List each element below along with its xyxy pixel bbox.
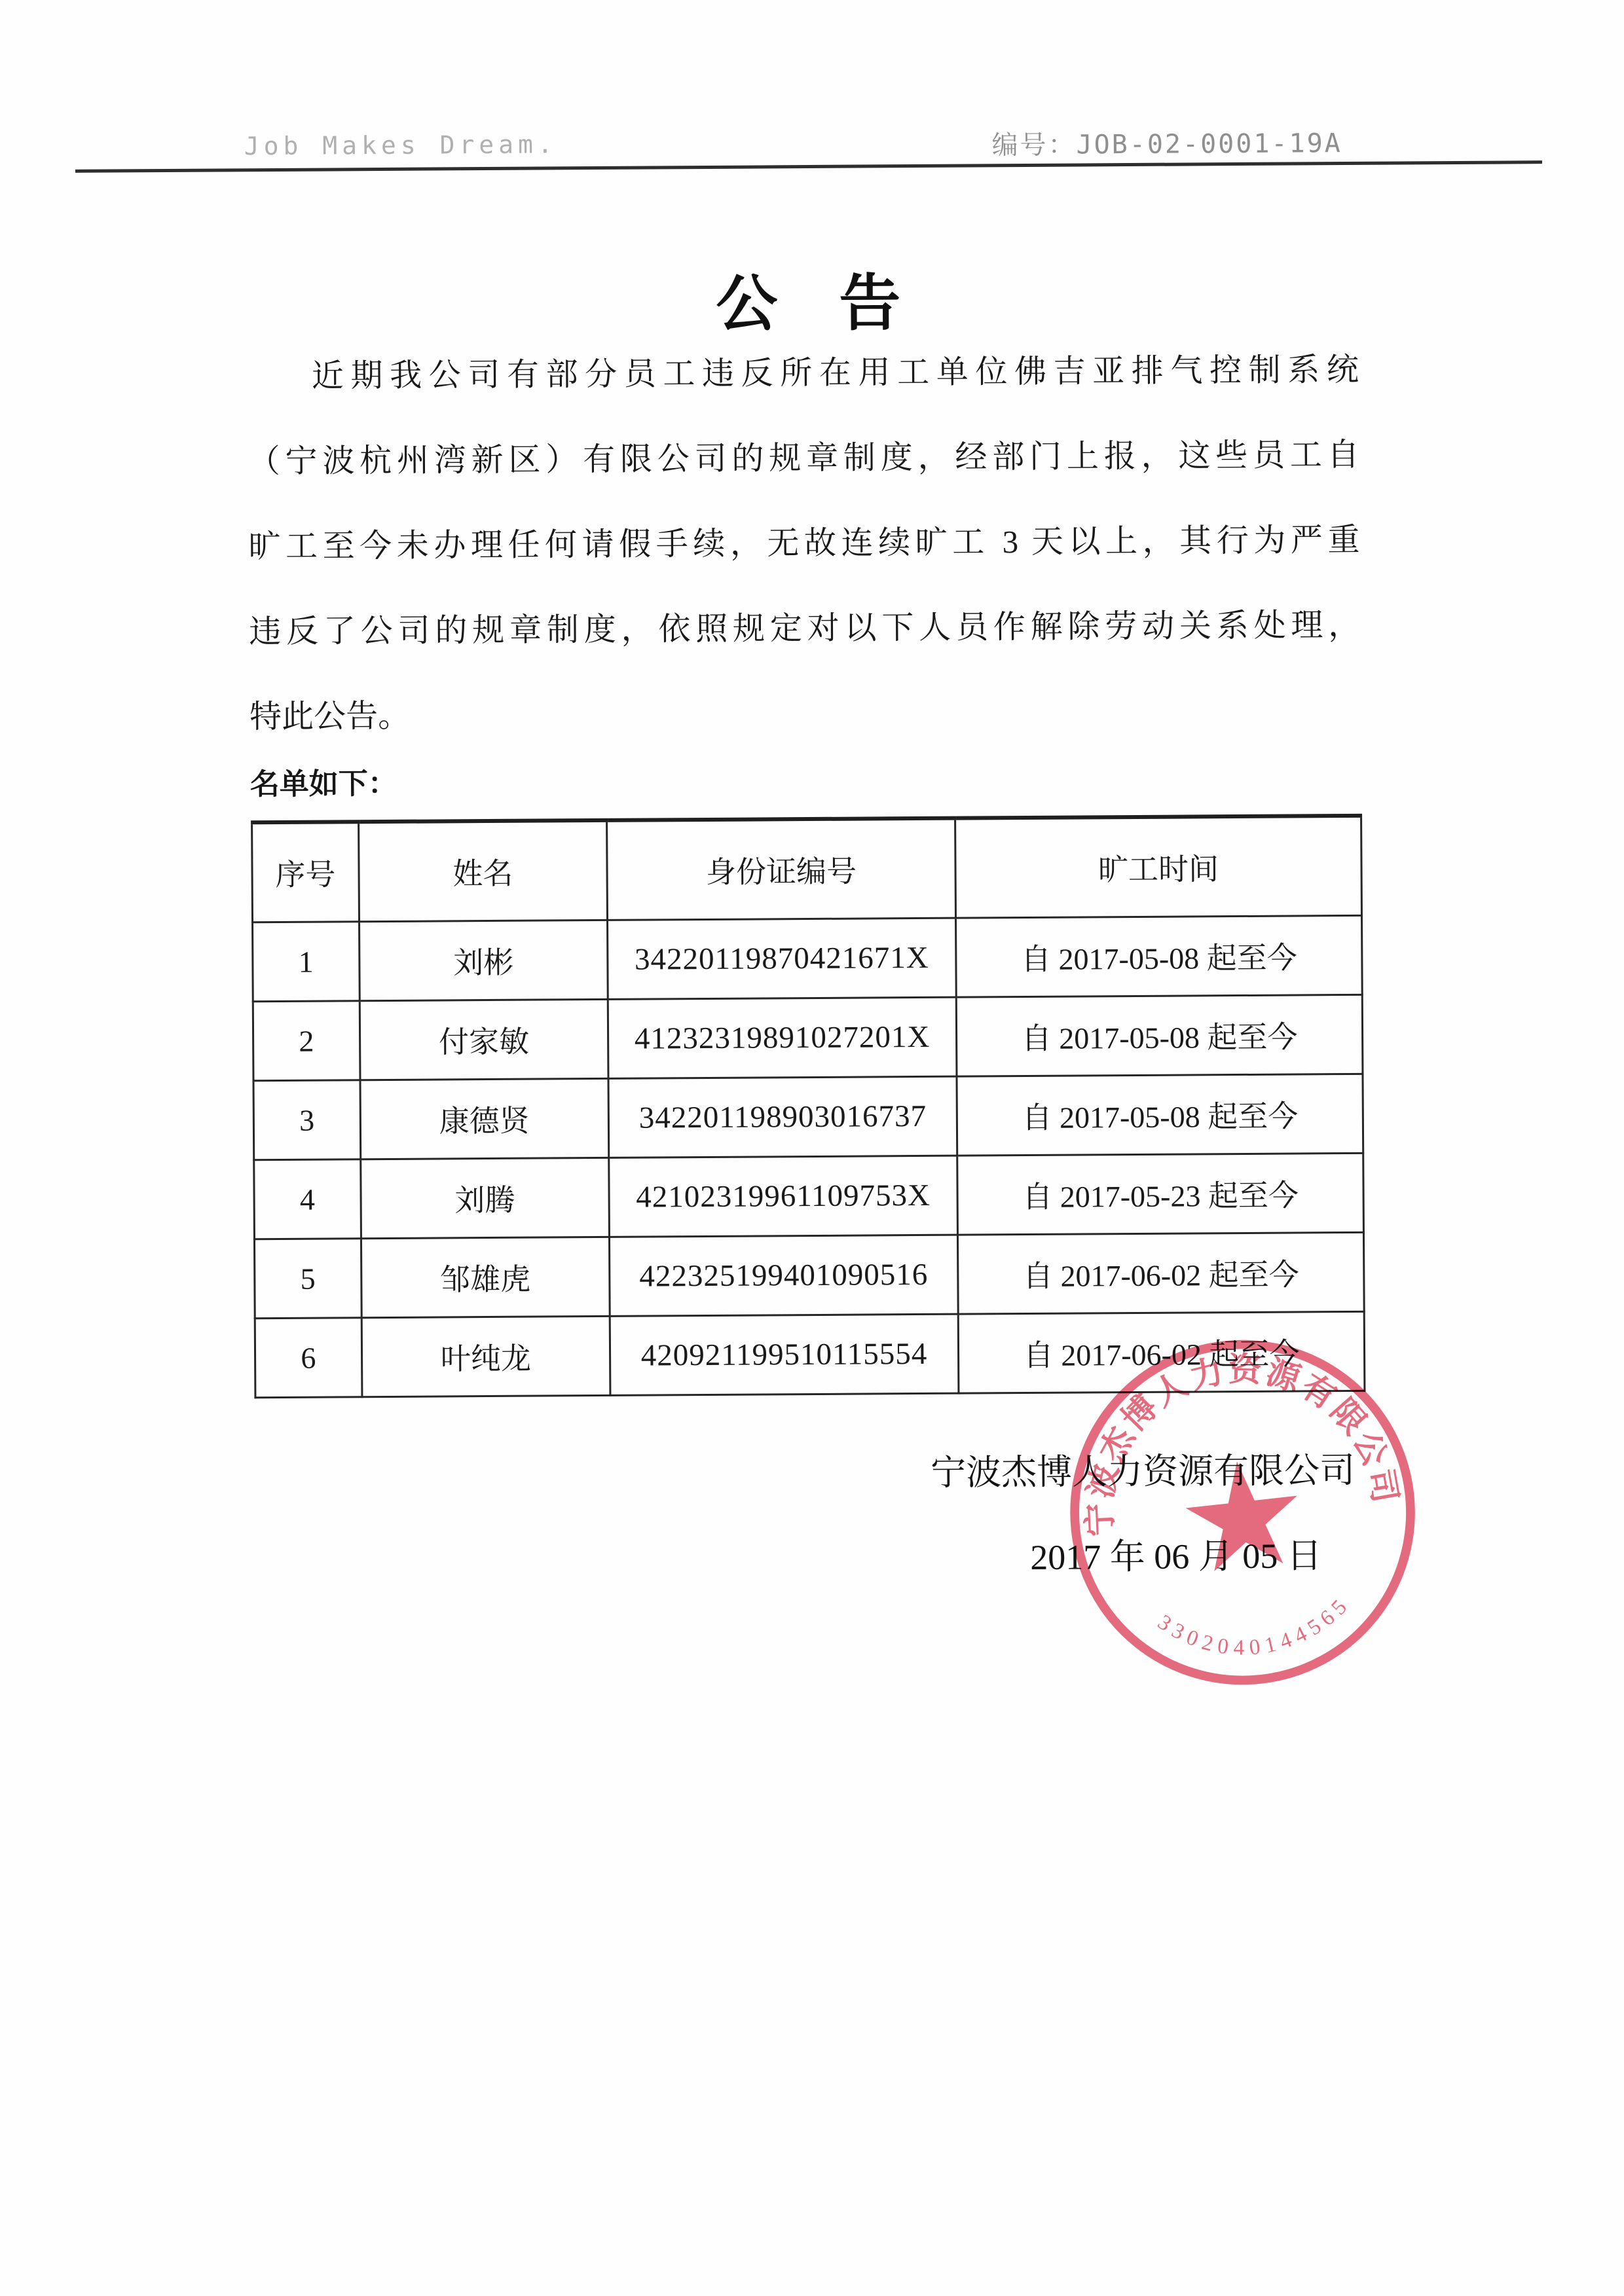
table-cell-name: 刘腾 (360, 1157, 609, 1238)
table-cell-index: 3 (253, 1080, 360, 1160)
table-cell-name: 刘彬 (359, 920, 608, 1000)
column-header: 身份证编号 (607, 818, 956, 920)
table-cell-index: 2 (253, 1001, 360, 1081)
table-header-row: 序号姓名身份证编号旷工时间 (252, 816, 1362, 922)
header-divider (75, 160, 1542, 173)
table-cell-id: 342201198903016737 (608, 1076, 957, 1157)
table-cell-index: 4 (254, 1159, 361, 1239)
table-cell-period: 自 2017-06-02 起至今 (957, 1232, 1364, 1314)
column-header: 旷工时间 (955, 816, 1362, 918)
table-cell-id: 42102319961109753X (609, 1156, 958, 1237)
table-cell-name: 康德贤 (360, 1078, 609, 1159)
header-doc-number: 编号：JOB-02-0001-19A (991, 122, 1342, 162)
table-cell-name: 叶纯龙 (361, 1316, 610, 1396)
table-cell-id: 422325199401090516 (610, 1235, 959, 1316)
table-cell-name: 邹雄虎 (361, 1237, 610, 1317)
stamp-star-icon (1181, 1455, 1304, 1574)
table-cell-index: 1 (253, 922, 360, 1002)
body-line: 近期我公司有部分员工违反所在用工单位佛吉亚排气控制系统 (248, 327, 1359, 419)
table-cell-period: 自 2017-05-08 起至今 (956, 994, 1363, 1076)
body-line: 特此公告。 (249, 668, 1361, 759)
header-slogan: Job Makes Dream. (244, 130, 557, 160)
table-cell-name: 付家敏 (360, 999, 608, 1080)
table-row: 3康德贤342201198903016737自 2017-05-08 起至今 (253, 1074, 1363, 1159)
body-line: 违反了公司的规章制度，依照规定对以下人员作解除劳动关系处理， (249, 583, 1361, 674)
table-cell-period: 自 2017-05-08 起至今 (957, 1074, 1363, 1156)
column-header: 序号 (252, 822, 360, 922)
body-line: （宁波杭州湾新区）有限公司的规章制度，经部门上报，这些员工自 (248, 412, 1359, 504)
table-row: 1刘彬34220119870421671X自 2017-05-08 起至今 (253, 915, 1363, 1001)
table-cell-id: 41232319891027201X (608, 997, 957, 1078)
body-line: 旷工至今未办理任何请假手续，无故连续旷工 3 天以上，其行为严重 (248, 498, 1360, 589)
stamp-group: 宁波杰博人力资源有限公司 3302040144565 (1062, 1332, 1423, 1692)
list-label: 名单如下： (250, 759, 397, 803)
column-header: 姓名 (358, 820, 607, 922)
table-cell-id: 420921199510115554 (610, 1314, 959, 1395)
scanned-content: Job Makes Dream. 编号：JOB-02-0001-19A 公 告 … (0, 0, 1624, 2296)
document-page: Job Makes Dream. 编号：JOB-02-0001-19A 公 告 … (0, 0, 1624, 2296)
table-row: 5邹雄虎422325199401090516自 2017-06-02 起至今 (254, 1232, 1364, 1318)
table-row: 2付家敏41232319891027201X自 2017-05-08 起至今 (253, 994, 1363, 1080)
table-cell-index: 5 (254, 1239, 361, 1319)
table-cell-period: 自 2017-05-08 起至今 (955, 915, 1362, 997)
notice-body: 近期我公司有部分员工违反所在用工单位佛吉亚排气控制系统（宁波杭州湾新区）有限公司… (248, 327, 1361, 759)
dismissal-table: 序号姓名身份证编号旷工时间 1刘彬34220119870421671X自 201… (251, 814, 1365, 1398)
table-cell-id: 34220119870421671X (608, 918, 957, 999)
table-row: 4刘腾42102319961109753X自 2017-05-23 起至今 (254, 1153, 1364, 1239)
table-cell-index: 6 (255, 1318, 361, 1398)
table-cell-period: 自 2017-05-23 起至今 (957, 1153, 1364, 1235)
company-stamp-icon: 宁波杰博人力资源有限公司 3302040144565 (1062, 1332, 1423, 1692)
